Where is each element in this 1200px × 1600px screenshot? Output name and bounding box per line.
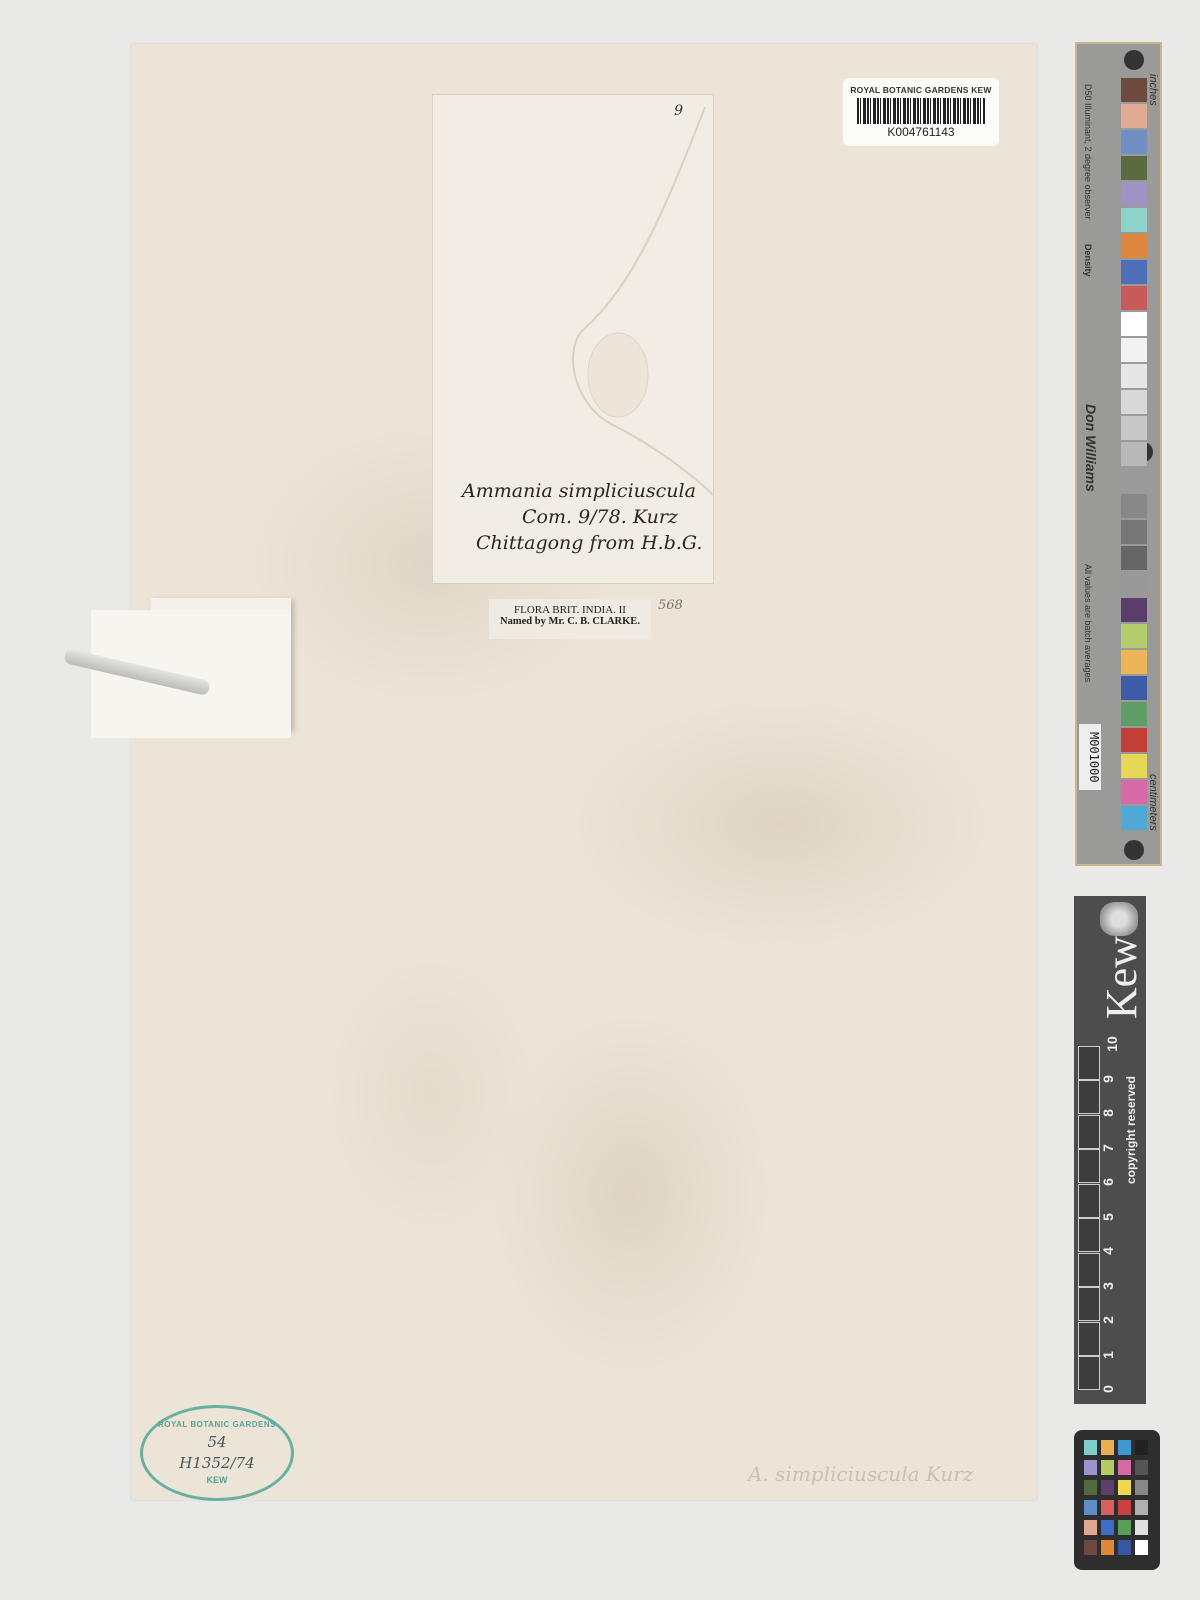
color-patch: [1135, 1460, 1148, 1475]
color-swatch: [1121, 702, 1147, 726]
color-swatch: [1121, 312, 1147, 336]
kew-crest-icon: [1100, 902, 1138, 936]
color-patch: [1101, 1520, 1114, 1535]
color-patch: [1135, 1520, 1148, 1535]
color-swatch: [1121, 468, 1147, 492]
scale-number: 6: [1100, 1178, 1116, 1186]
ruler-hole-icon: [1124, 50, 1144, 70]
color-swatch: [1121, 208, 1147, 232]
color-patch: [1101, 1480, 1114, 1495]
color-swatch: [1121, 182, 1147, 206]
scale-tick: [1078, 1184, 1100, 1218]
ruler-bottom-label: centimeters: [1147, 774, 1159, 831]
color-swatch: [1121, 494, 1147, 518]
scale-tick: [1078, 1322, 1100, 1356]
color-swatch: [1121, 338, 1147, 362]
ruler-side-note-2: All values are batch averages: [1083, 564, 1093, 682]
printed-label: FLORA BRIT. INDIA. II Named by Mr. C. B.…: [489, 599, 651, 639]
color-patch: [1118, 1460, 1131, 1475]
copyright-note: copyright reserved: [1124, 1076, 1138, 1184]
scale-tick: [1078, 1287, 1100, 1321]
scale-tick: [1078, 1080, 1100, 1114]
scale-tick: [1078, 1356, 1100, 1390]
color-patch: [1084, 1520, 1097, 1535]
color-checker-card: [1074, 1430, 1160, 1570]
color-swatch: [1121, 286, 1147, 310]
scale-number: 3: [1100, 1282, 1116, 1290]
color-patch: [1135, 1500, 1148, 1515]
barcode-label: ROYAL BOTANIC GARDENS KEW K004761143: [843, 78, 999, 146]
scale-tick: [1078, 1253, 1100, 1287]
scale-tick: [1078, 1115, 1100, 1149]
barcode-institution: ROYAL BOTANIC GARDENS KEW: [843, 85, 999, 95]
scale-number: 0: [1100, 1385, 1116, 1393]
density-label: Density: [1083, 244, 1093, 277]
barcode-number: K004761143: [843, 125, 999, 139]
color-patch: [1118, 1520, 1131, 1535]
named-by: Named by Mr. C. B. CLARKE.: [489, 616, 651, 627]
flora-reference: FLORA BRIT. INDIA. II: [489, 604, 651, 616]
scale-number: 9: [1100, 1075, 1116, 1083]
color-swatch: [1121, 364, 1147, 388]
color-swatch: [1121, 728, 1147, 752]
color-patch: [1101, 1540, 1114, 1555]
color-swatch: [1121, 546, 1147, 570]
color-patch: [1118, 1440, 1131, 1455]
color-swatch: [1121, 520, 1147, 544]
color-patch: [1084, 1440, 1097, 1455]
scale-number: 5: [1100, 1213, 1116, 1221]
kew-stamp: ROYAL BOTANIC GARDENS 54 H1352/74 KEW: [140, 1405, 294, 1501]
color-swatch: [1121, 806, 1147, 830]
scale-tick: [1078, 1149, 1100, 1183]
handwritten-line: Com. 9/78. Kurz: [462, 504, 702, 530]
stamp-accession-2: H1352/74: [143, 1456, 291, 1471]
color-swatch: [1121, 598, 1147, 622]
scale-number: 10: [1104, 1036, 1120, 1052]
color-patch: [1101, 1460, 1114, 1475]
ruler-side-note: D50 Illuminant, 2 degree observer: [1083, 84, 1093, 220]
color-swatch: [1121, 130, 1147, 154]
scale-tick: [1078, 1218, 1100, 1252]
stamp-ring-text: ROYAL BOTANIC GARDENS: [143, 1420, 291, 1429]
color-swatch: [1121, 442, 1147, 466]
color-swatch: [1121, 156, 1147, 180]
barcode-icon: [857, 98, 985, 124]
fragment-packet: [91, 598, 291, 738]
color-patch: [1084, 1460, 1097, 1475]
page-annotation: 568: [658, 598, 683, 613]
scale-number: 1: [1100, 1351, 1116, 1359]
color-swatch: [1121, 416, 1147, 440]
kew-logo: Kew: [1096, 936, 1147, 1019]
color-patch: [1118, 1480, 1131, 1495]
color-patch: [1101, 1500, 1114, 1515]
scale-number: 4: [1100, 1247, 1116, 1255]
color-swatch: [1121, 572, 1147, 596]
color-swatch: [1121, 260, 1147, 284]
color-swatch: [1121, 650, 1147, 674]
scale-number: 2: [1100, 1316, 1116, 1324]
color-patch: [1084, 1480, 1097, 1495]
scale-tick: [1078, 1046, 1100, 1080]
ruler-swatches: [1121, 78, 1147, 832]
color-patch: [1084, 1540, 1097, 1555]
color-ruler: D50 Illuminant, 2 degree observer Densit…: [1075, 42, 1162, 866]
handwritten-line: Chittagong from H.b.G.: [462, 530, 702, 556]
stamp-bottom-text: KEW: [143, 1475, 291, 1485]
color-patch: [1135, 1480, 1148, 1495]
handwritten-label: Ammania simpliciuscula Com. 9/78. Kurz C…: [462, 478, 702, 556]
ruler-top-label: inches: [1147, 74, 1159, 106]
color-swatch: [1121, 780, 1147, 804]
color-swatch: [1121, 624, 1147, 648]
color-swatch: [1121, 234, 1147, 258]
color-swatch: [1121, 104, 1147, 128]
color-swatch: [1121, 390, 1147, 414]
color-patch: [1135, 1540, 1148, 1555]
color-swatch: [1121, 676, 1147, 700]
scale-number: 7: [1100, 1144, 1116, 1152]
ruler-hole-icon: [1124, 840, 1144, 860]
color-patch: [1084, 1500, 1097, 1515]
ruler-brand: Don Williams: [1083, 404, 1099, 492]
ruler-code: M001000: [1079, 724, 1101, 790]
color-patch: [1118, 1500, 1131, 1515]
envelope-corner-note: 9: [674, 103, 683, 119]
scale-number: 8: [1100, 1109, 1116, 1117]
determination-note: A. simpliciuscula Kurz: [748, 1462, 973, 1486]
color-patch: [1118, 1540, 1131, 1555]
handwritten-line: Ammania simpliciuscula: [462, 478, 702, 504]
kew-scale-bar: Kew copyright reserved 012345678910: [1074, 896, 1146, 1404]
color-patch: [1135, 1440, 1148, 1455]
color-swatch: [1121, 78, 1147, 102]
color-patch: [1101, 1440, 1114, 1455]
stamp-accession-1: 54: [143, 1435, 291, 1450]
color-swatch: [1121, 754, 1147, 778]
